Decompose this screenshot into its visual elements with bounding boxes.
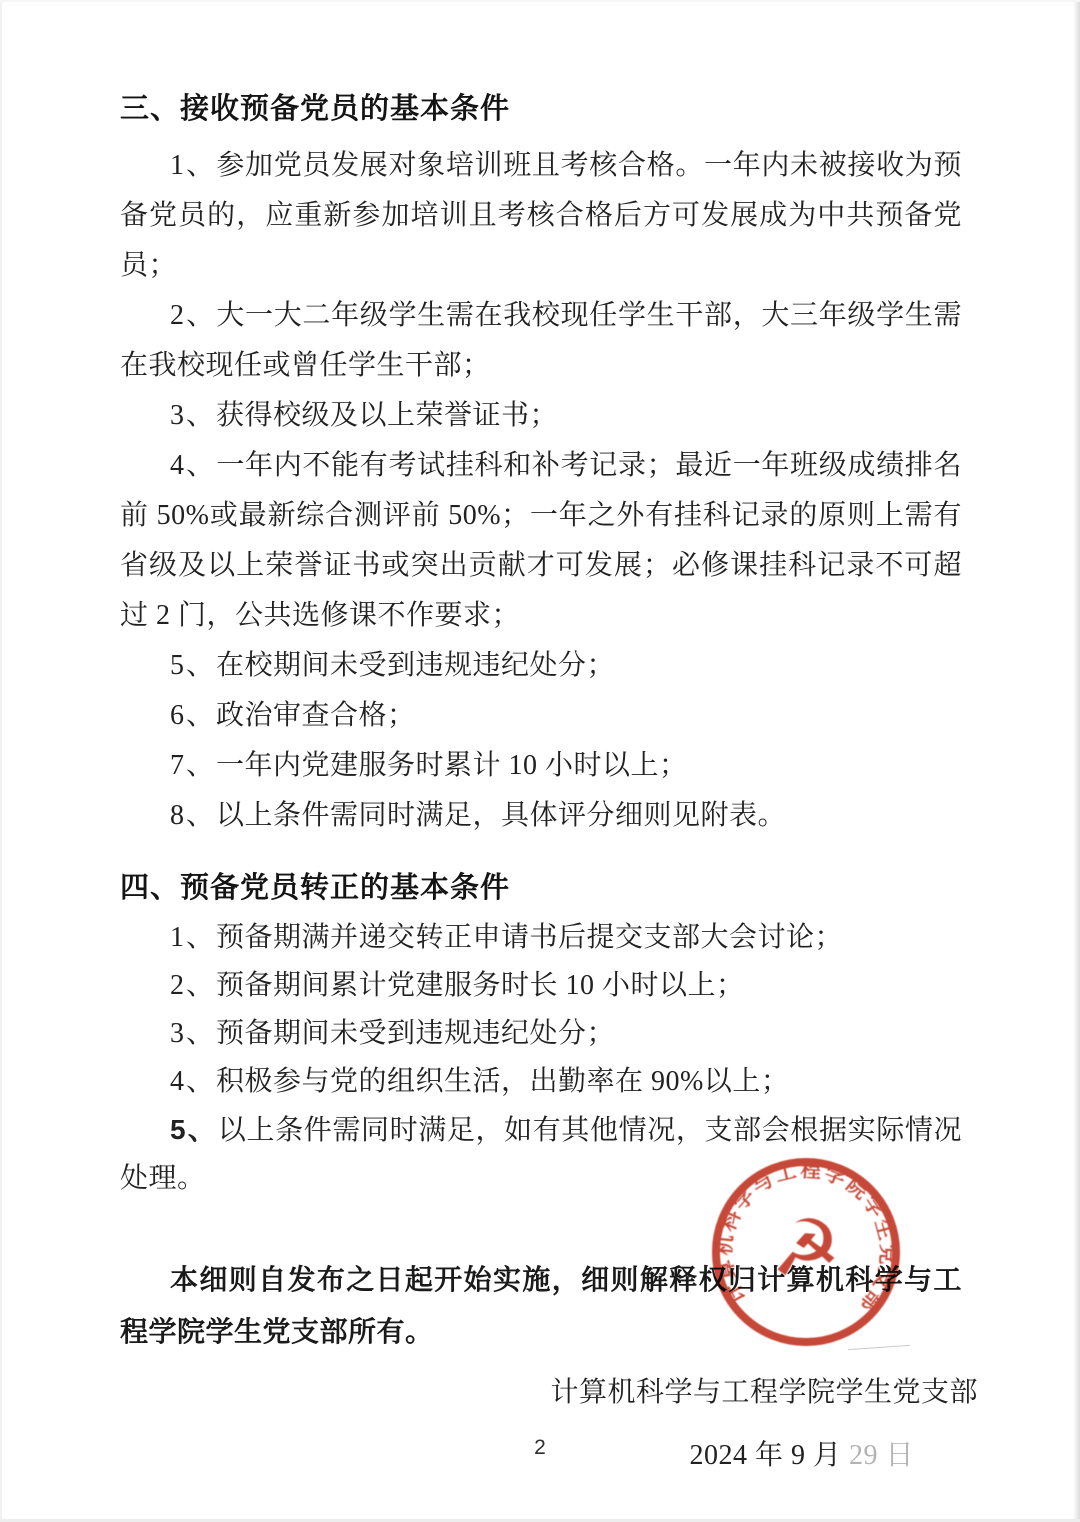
item-number: 4、 — [170, 1066, 216, 1097]
document-body: 三、接收预备党员的基本条件1、参加党员发展对象培训班且考核合格。一年内未被接收为… — [120, 84, 962, 1481]
item-text: 一年内不能有考试挂科和补考记录；最近一年班级成绩排名前 50%或最新综合测评前 … — [120, 450, 962, 631]
section-heading: 四、预备党员转正的基本条件 — [120, 863, 962, 914]
closing-paragraph: 本细则自发布之日起开始实施，细则解释权归计算机科学与工程学院学生党支部所有。 — [120, 1255, 962, 1359]
doc-sections: 三、接收预备党员的基本条件1、参加党员发展对象培训班且考核合格。一年内未被接收为… — [120, 84, 962, 1203]
list-item: 3、预备期间未受到违规违纪处分； — [120, 1010, 962, 1058]
list-item: 7、一年内党建服务时累计 10 小时以上； — [120, 741, 962, 791]
list-item: 5、在校期间未受到违规违纪处分； — [120, 641, 962, 691]
item-number: 5、 — [170, 1114, 218, 1145]
signature-block: 计算机科学与工程学院学生党支部 2024 年 9 月 29 日 — [120, 1367, 978, 1481]
scan-edge-top — [0, 0, 1080, 2]
item-number: 2、 — [170, 970, 216, 1001]
item-text: 政治审查合格； — [216, 700, 416, 731]
list-item: 2、大一大二年级学生需在我校现任学生干部，大三年级学生需在我校现任或曾任学生干部… — [120, 291, 962, 391]
item-number: 8、 — [170, 800, 216, 831]
page-number: 2 — [0, 1436, 1080, 1460]
list-item: 5、以上条件需同时满足，如有其他情况，支部会根据实际情况处理。 — [120, 1106, 962, 1203]
list-item: 4、积极参与党的组织生活，出勤率在 90%以上； — [120, 1058, 962, 1106]
scan-edge-right — [1073, 0, 1080, 1522]
list-item: 2、预备期间累计党建服务时长 10 小时以上； — [120, 962, 962, 1010]
item-number: 3、 — [170, 1018, 216, 1049]
list-item: 6、政治审查合格； — [120, 691, 962, 741]
list-item: 3、获得校级及以上荣誉证书； — [120, 391, 962, 441]
item-text: 预备期间累计党建服务时长 10 小时以上； — [216, 970, 745, 1001]
list-item: 1、参加党员发展对象培训班且考核合格。一年内未被接收为预备党员的，应重新参加培训… — [120, 141, 962, 291]
signature-org: 计算机科学与工程学院学生党支部 — [550, 1367, 978, 1418]
list-item: 1、预备期满并递交转正申请书后提交支部大会讨论； — [120, 914, 962, 962]
item-text: 获得校级及以上荣誉证书； — [216, 400, 558, 431]
list-item: 4、一年内不能有考试挂科和补考记录；最近一年班级成绩排名前 50%或最新综合测评… — [120, 441, 962, 641]
section-heading: 三、接收预备党员的基本条件 — [120, 84, 962, 135]
document-section: 三、接收预备党员的基本条件1、参加党员发展对象培训班且考核合格。一年内未被接收为… — [120, 84, 962, 841]
item-number: 6、 — [170, 700, 216, 731]
item-text: 一年内党建服务时累计 10 小时以上； — [216, 750, 688, 781]
list-item: 8、以上条件需同时满足，具体评分细则见附表。 — [120, 791, 962, 841]
item-number: 7、 — [170, 750, 216, 781]
document-section: 四、预备党员转正的基本条件1、预备期满并递交转正申请书后提交支部大会讨论；2、预… — [120, 863, 962, 1203]
item-text: 以上条件需同时满足，具体评分细则见附表。 — [216, 800, 786, 831]
item-text: 预备期间未受到违规违纪处分； — [216, 1018, 615, 1049]
item-text: 大一大二年级学生需在我校现任学生干部，大三年级学生需在我校现任或曾任学生干部； — [120, 300, 962, 381]
item-number: 2、 — [170, 300, 216, 331]
item-number: 5、 — [170, 650, 216, 681]
scan-edge-left — [0, 0, 2, 1522]
scanned-document-page: { "document": { "sections": [ { "heading… — [0, 0, 1080, 1522]
item-number: 4、 — [170, 450, 216, 481]
item-text: 积极参与党的组织生活，出勤率在 90%以上； — [216, 1066, 789, 1097]
item-text: 在校期间未受到违规违纪处分； — [216, 650, 615, 681]
item-number: 1、 — [170, 922, 216, 953]
item-text: 参加党员发展对象培训班且考核合格。一年内未被接收为预备党员的，应重新参加培训且考… — [120, 150, 962, 281]
item-number: 1、 — [170, 150, 216, 181]
item-number: 3、 — [170, 400, 216, 431]
item-text: 以上条件需同时满足，如有其他情况，支部会根据实际情况处理。 — [120, 1115, 962, 1194]
item-text: 预备期满并递交转正申请书后提交支部大会讨论； — [216, 922, 843, 953]
